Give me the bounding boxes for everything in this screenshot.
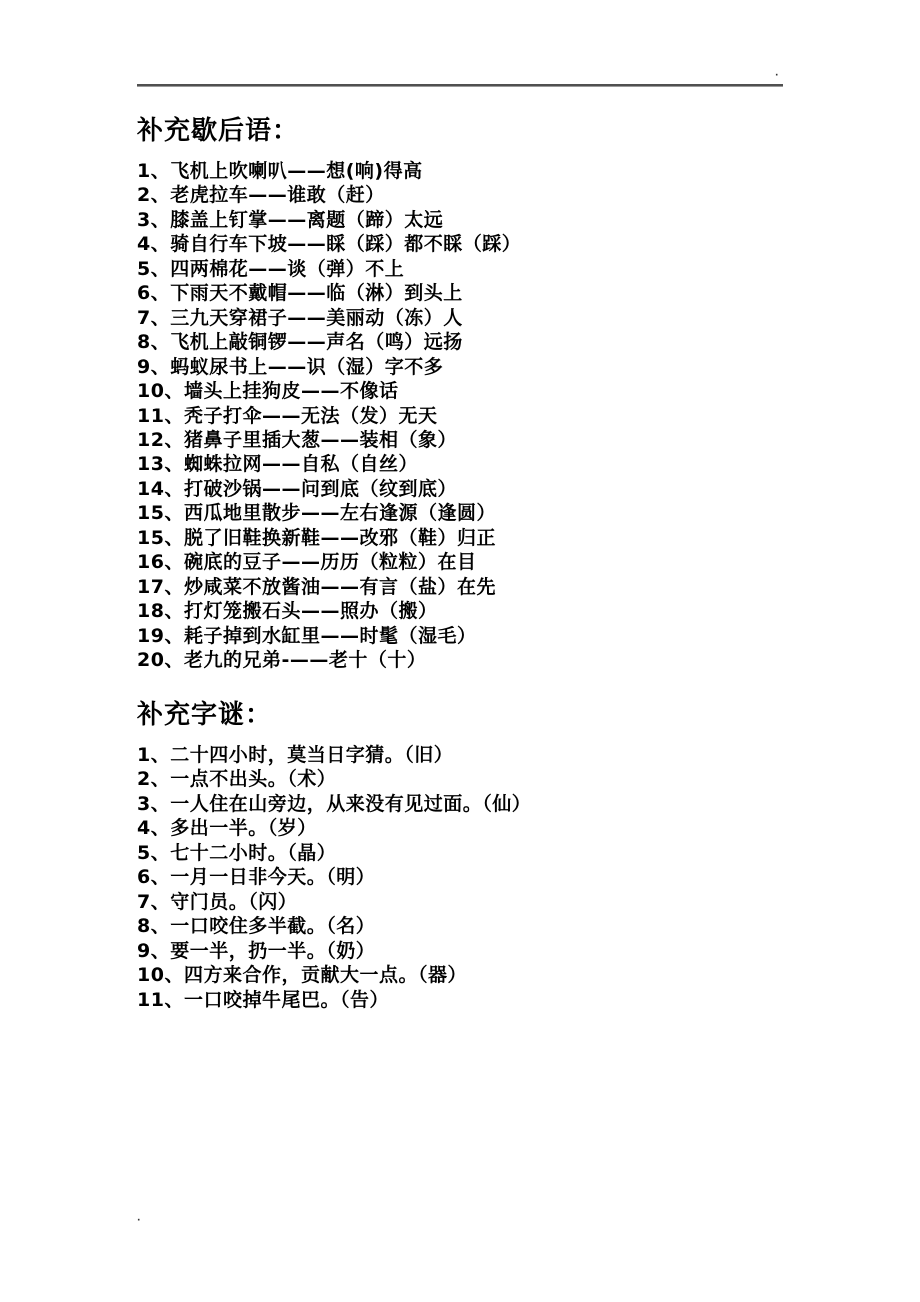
section-zimi: 补充字谜： 1、二十四小时，莫当日字猜。（旧）2、一点不出头。（术）3、一人住在… [137,696,857,1012]
list-item: 6、一月一日非今天。（明） [137,865,857,889]
list-item: 15、脱了旧鞋换新鞋——改邪（鞋）归正 [137,526,857,550]
list-item: 8、一口咬住多半截。（名） [137,914,857,938]
xiehouyu-list: 1、飞机上吹喇叭——想(响)得高2、老虎拉车——谁敢（赶）3、膝盖上钉掌——离题… [137,159,857,673]
list-item: 3、膝盖上钉掌——离题（蹄）太远 [137,208,857,232]
section-title-zimi: 补充字谜： [137,696,857,734]
list-item: 12、猪鼻子里插大葱——装相（象） [137,428,857,452]
list-item: 9、要一半，扔一半。（奶） [137,939,857,963]
list-item: 14、打破沙锅——问到底（纹到底） [137,477,857,501]
list-item: 10、四方来合作，贡献大一点。（器） [137,963,857,987]
list-item: 6、下雨天不戴帽——临（淋）到头上 [137,281,857,305]
list-item: 3、一人住在山旁边，从来没有见过面。（仙） [137,792,857,816]
list-item: 1、二十四小时，莫当日字猜。（旧） [137,743,857,767]
stray-mark-bottom-left: · [137,1219,140,1223]
list-item: 8、飞机上敲铜锣——声名（鸣）远扬 [137,330,857,354]
list-item: 17、炒咸菜不放酱油——有言（盐）在先 [137,575,857,599]
list-item: 11、秃子打伞——无法（发）无天 [137,404,857,428]
list-item: 19、耗子掉到水缸里——时髦（湿毛） [137,624,857,648]
list-item: 18、打灯笼搬石头——照办（搬） [137,599,857,623]
list-item: 5、四两棉花——谈（弹）不上 [137,257,857,281]
section-title-xiehouyu: 补充歇后语： [137,112,857,150]
list-item: 10、墙头上挂狗皮——不像话 [137,379,857,403]
list-item: 9、蚂蚁尿书上——识（湿）字不多 [137,355,857,379]
zimi-list: 1、二十四小时，莫当日字猜。（旧）2、一点不出头。（术）3、一人住在山旁边，从来… [137,743,857,1012]
list-item: 4、多出一半。（岁） [137,816,857,840]
list-item: 7、三九天穿裙子——美丽动（冻）人 [137,306,857,330]
list-item: 4、骑自行车下坡——睬（踩）都不睬（踩） [137,232,857,256]
list-item: 2、一点不出头。（术） [137,767,857,791]
list-item: 2、老虎拉车——谁敢（赶） [137,183,857,207]
list-item: 1、飞机上吹喇叭——想(响)得高 [137,159,857,183]
stray-mark-top-right: · [775,74,778,78]
list-item: 11、一口咬掉牛尾巴。（告） [137,988,857,1012]
list-item: 16、碗底的豆子——历历（粒粒）在目 [137,550,857,574]
section-xiehouyu: 补充歇后语： 1、飞机上吹喇叭——想(响)得高2、老虎拉车——谁敢（赶）3、膝盖… [137,112,857,673]
list-item: 5、七十二小时。（晶） [137,841,857,865]
list-item: 13、蜘蛛拉网——自私（自丝） [137,452,857,476]
list-item: 7、守门员。（闪） [137,890,857,914]
list-item: 15、西瓜地里散步——左右逢源（逢圆） [137,501,857,525]
header-rule [137,84,783,87]
list-item: 20、老九的兄弟-——老十（十） [137,648,857,672]
